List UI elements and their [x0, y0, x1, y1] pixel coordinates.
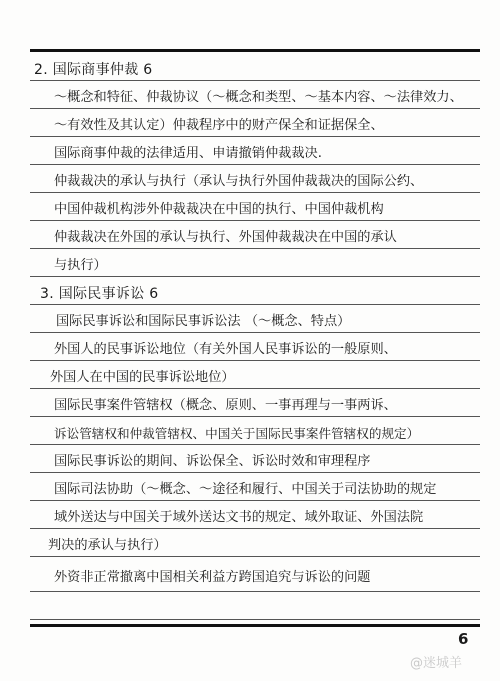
ruled-line	[30, 528, 480, 529]
ruled-line	[30, 108, 480, 109]
note-line: 仲裁裁决在外国的承认与执行、外国仲裁裁决在中国的承认	[54, 229, 397, 247]
section-heading: 3. 国际民事诉讼 6	[40, 285, 158, 303]
ruled-line	[30, 444, 480, 445]
ruled-line	[30, 591, 480, 592]
note-line: 国际司法协助（～概念、～途径和履行、中国关于司法协助的规定	[54, 481, 436, 499]
note-line: 国际民事诉讼和国际民事诉讼法 （～概念、特点）	[56, 313, 350, 331]
section-heading: 2. 国际商事仲裁 6	[34, 61, 152, 79]
note-line: 诉讼管辖权和仲裁管辖权、中国关于国际民事案件管辖权的规定）	[54, 425, 419, 443]
note-line: 仲裁裁决的承认与执行（承认与执行外国仲裁裁决的国际公约、	[54, 173, 423, 191]
ruled-line	[30, 276, 480, 277]
note-line: 国际民事诉讼的期间、诉讼保全、诉讼时效和审理程序	[54, 453, 371, 471]
note-line: 与执行）	[54, 257, 107, 275]
ruled-line	[30, 164, 480, 165]
note-line: 外国人的民事诉讼地位（有关外国人民事诉讼的一般原则、	[54, 341, 397, 359]
note-line: 国际民事案件管辖权（概念、原则、一事再理与一事两诉、	[54, 397, 397, 415]
ruled-line	[30, 220, 480, 221]
ruled-line	[30, 248, 480, 249]
note-line: 外资非正常撤离中国相关利益方跨国追究与诉讼的问题	[54, 569, 371, 587]
note-line: 中国仲裁机构涉外仲裁裁决在中国的执行、中国仲裁机构	[54, 201, 384, 219]
note-line: 判决的承认与执行）	[48, 537, 167, 555]
ruled-line	[30, 619, 480, 620]
ruled-line	[30, 192, 480, 193]
note-line: ～概念和特征、仲裁协议（～概念和类型、～基本内容、～法律效力、	[54, 89, 463, 107]
note-line: 外国人在中国的民事诉讼地位）	[50, 369, 235, 387]
ruled-line	[30, 472, 480, 473]
ruled-line	[30, 304, 480, 305]
ruled-line	[30, 136, 480, 137]
ruled-line	[30, 556, 480, 557]
ruled-line	[30, 388, 480, 389]
ruled-line	[30, 500, 480, 501]
note-line: 国际商事仲裁的法律适用、申请撤销仲裁裁决.	[54, 145, 322, 163]
ruled-line	[30, 416, 480, 417]
ruled-line	[30, 80, 480, 81]
ruled-line	[30, 332, 480, 333]
bottom-border-rule	[30, 624, 480, 627]
note-line: 域外送达与中国关于域外送达文书的规定、域外取证、外国法院	[54, 509, 423, 527]
watermark: @迷城羊	[410, 652, 462, 671]
ruled-line	[30, 360, 480, 361]
page-number: 6	[458, 630, 468, 648]
top-border-rule	[30, 49, 480, 52]
note-line: ～有效性及其认定）仲裁程序中的财产保全和证据保全、	[54, 117, 384, 135]
